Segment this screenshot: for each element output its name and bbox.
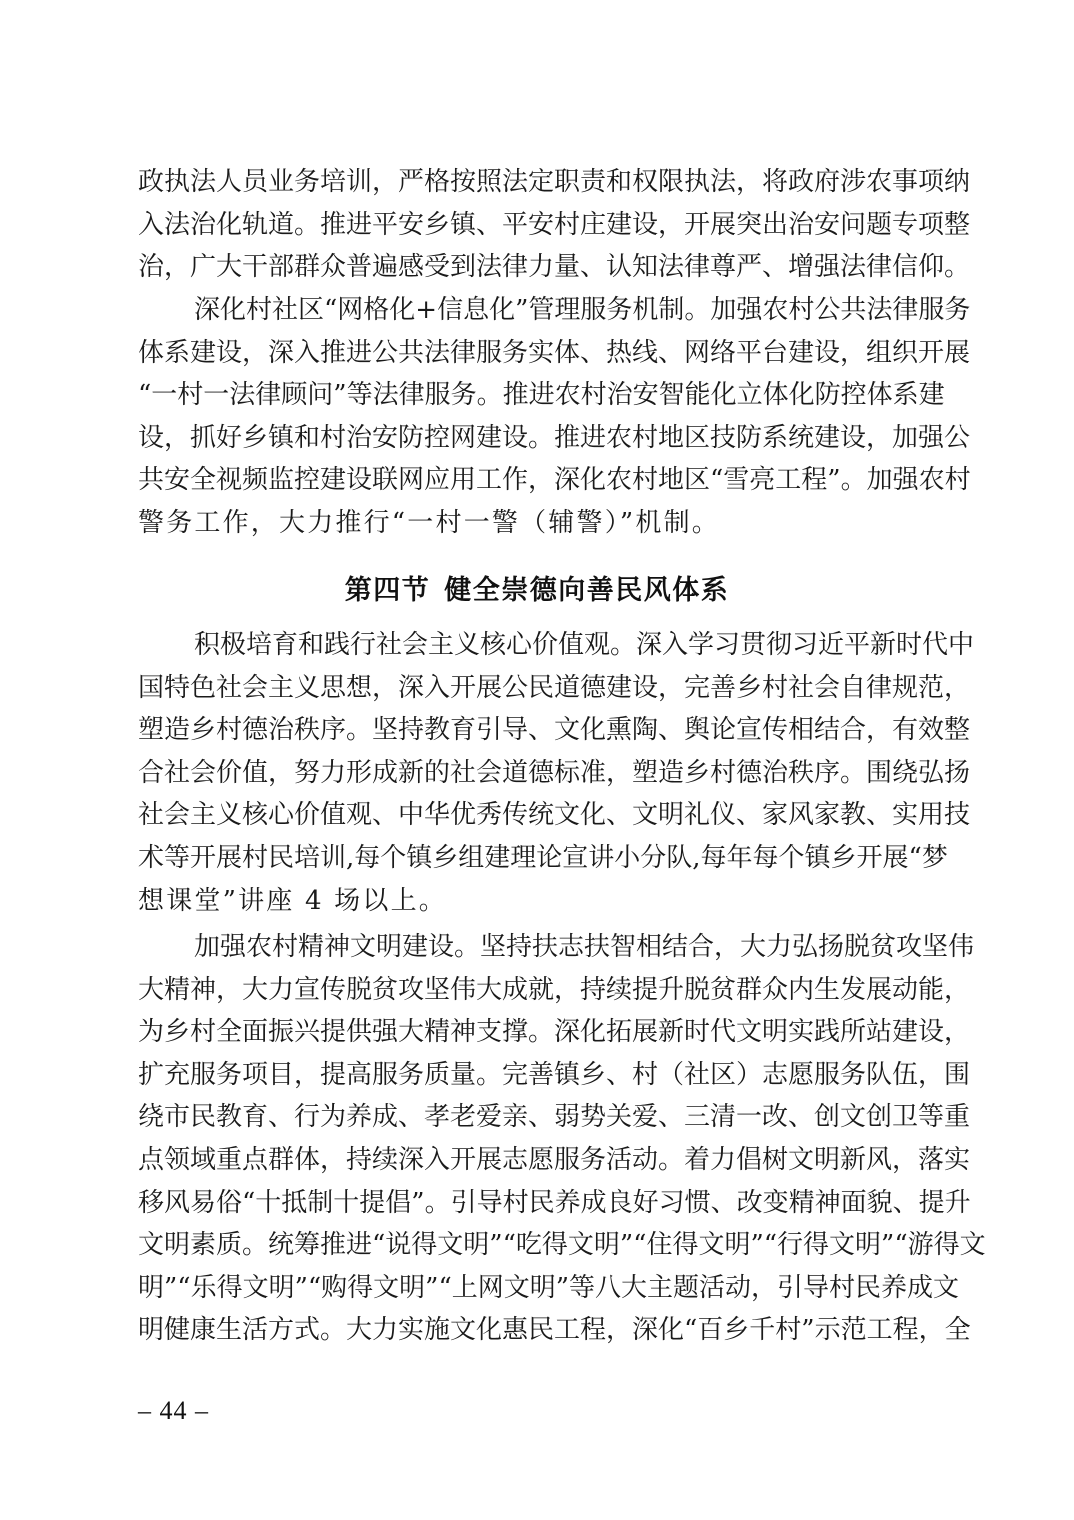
text-line: 明”“乐得文明”“购得文明”“上网文明”等八大主题活动，引导村民养成文 — [138, 1267, 935, 1310]
text-line: 设，抓好乡镇和村治安防控网建设。推进农村地区技防系统建设，加强公 — [138, 417, 935, 460]
text-line: “一村一法律顾问”等法律服务。推进农村治安智能化立体化防控体系建 — [138, 374, 935, 417]
text-line: 积极培育和践行社会主义核心价值观。深入学习贯彻习近平新时代中 — [138, 624, 935, 667]
text-line: 共安全视频监控建设联网应用工作，深化农村地区“雪亮工程”。加强农村 — [138, 459, 935, 502]
text-line: 政执法人员业务培训，严格按照法定职责和权限执法，将政府涉农事项纳 — [138, 161, 935, 204]
section-number: 第四节 — [345, 575, 431, 606]
text-line: 大精神，大力宣传脱贫攻坚伟大成就，持续提升脱贫群众内生发展动能， — [138, 969, 935, 1012]
text-line: 警务工作，大力推行“一村一警（辅警）”机制。 — [138, 502, 938, 545]
text-line: 国特色社会主义思想，深入开展公民道德建设，完善乡村社会自律规范， — [138, 667, 935, 710]
text-line: 文明素质。统筹推进“说得文明”“吃得文明”“住得文明”“行得文明”“游得文 — [138, 1224, 935, 1267]
text-line: 入法治化轨道。推进平安乡镇、平安村庄建设，开展突出治安问题专项整 — [138, 204, 935, 247]
text-line: 合社会价值，努力形成新的社会道德标准，塑造乡村德治秩序。围绕弘扬 — [138, 752, 935, 795]
text-line: 想课堂”讲座 4 场以上。 — [138, 880, 938, 923]
text-line: 深化村社区“网格化+信息化”管理服务机制。加强农村公共法律服务 — [138, 289, 935, 332]
page-number: – 44 – — [138, 1396, 209, 1426]
text-line: 扩充服务项目，提高服务质量。完善镇乡、村（社区）志愿服务队伍，围 — [138, 1054, 935, 1097]
paragraph-grid-management: 深化村社区“网格化+信息化”管理服务机制。加强农村公共法律服务 体系建设，深入推… — [138, 289, 938, 545]
text-line: 明健康生活方式。大力实施文化惠民工程，深化“百乡千村”示范工程，全 — [138, 1309, 935, 1352]
text-line: 治，广大干部群众普遍感受到法律力量、认知法律尊严、增强法律信仰。 — [138, 246, 935, 289]
section-heading: 第四节健全崇德向善民风体系 — [0, 568, 1074, 607]
text-line: 社会主义核心价值观、中华优秀传统文化、文明礼仪、家风家教、实用技 — [138, 794, 935, 837]
text-line: 术等开展村民培训,每个镇乡组建理论宣讲小分队,每年每个镇乡开展“梦 — [138, 837, 935, 880]
text-line: 绕市民教育、行为养成、孝老爱亲、弱势关爱、三清一改、创文创卫等重 — [138, 1096, 935, 1139]
text-line: 为乡村全面振兴提供强大精神支撑。深化拓展新时代文明实践所站建设， — [138, 1011, 935, 1054]
text-line: 移风易俗“十抵制十提倡”。引导村民养成良好习惯、改变精神面貌、提升 — [138, 1182, 935, 1225]
text-line: 体系建设，深入推进公共法律服务实体、热线、网络平台建设，组织开展 — [138, 332, 935, 375]
text-line: 塑造乡村德治秩序。坚持教育引导、文化熏陶、舆论宣传相结合，有效整 — [138, 709, 935, 752]
paragraph-spiritual-civilization: 加强农村精神文明建设。坚持扶志扶智相结合，大力弘扬脱贫攻坚伟 大精神，大力宣传脱… — [138, 926, 938, 1352]
document-page: 政执法人员业务培训，严格按照法定职责和权限执法，将政府涉农事项纳 入法治化轨道。… — [0, 0, 1074, 1520]
text-line: 加强农村精神文明建设。坚持扶志扶智相结合，大力弘扬脱贫攻坚伟 — [138, 926, 935, 969]
paragraph-core-values: 积极培育和践行社会主义核心价值观。深入学习贯彻习近平新时代中 国特色社会主义思想… — [138, 624, 938, 922]
section-title: 健全崇德向善民风体系 — [444, 575, 729, 606]
paragraph-law-enforcement-continuation: 政执法人员业务培训，严格按照法定职责和权限执法，将政府涉农事项纳 入法治化轨道。… — [138, 161, 938, 289]
text-line: 点领域重点群体，持续深入开展志愿服务活动。着力倡树文明新风，落实 — [138, 1139, 935, 1182]
